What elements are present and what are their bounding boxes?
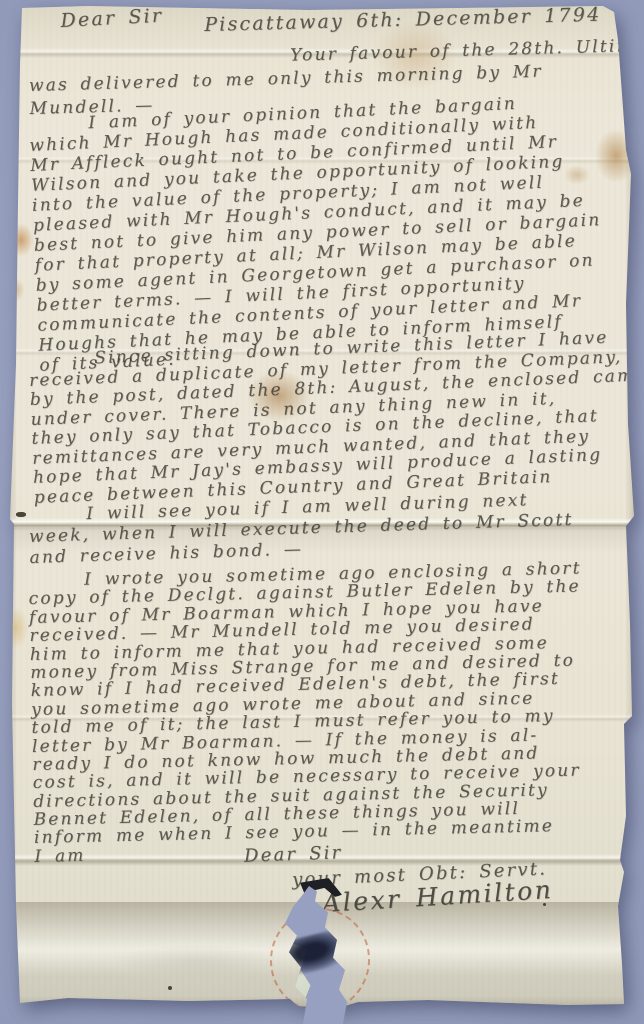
letter-text: Dear Sir Piscattaway 6th: December 1794 … — [8, 4, 636, 1008]
closing-address: Dear Sir — [244, 842, 343, 866]
dateline: Piscattaway 6th: December 1794 — [204, 4, 602, 36]
paper-shadow: Dear Sir Piscattaway 6th: December 1794 … — [0, 0, 644, 1024]
letter-photo: Dear Sir Piscattaway 6th: December 1794 … — [0, 0, 644, 1024]
letter-paragraph: Since sitting down to write this letter … — [28, 328, 632, 508]
letter-paper: Dear Sir Piscattaway 6th: December 1794 … — [8, 4, 636, 1008]
salutation: Dear Sir — [60, 5, 164, 32]
letter-paragraph: I wrote you sometime ago enclosing a sho… — [28, 558, 633, 866]
